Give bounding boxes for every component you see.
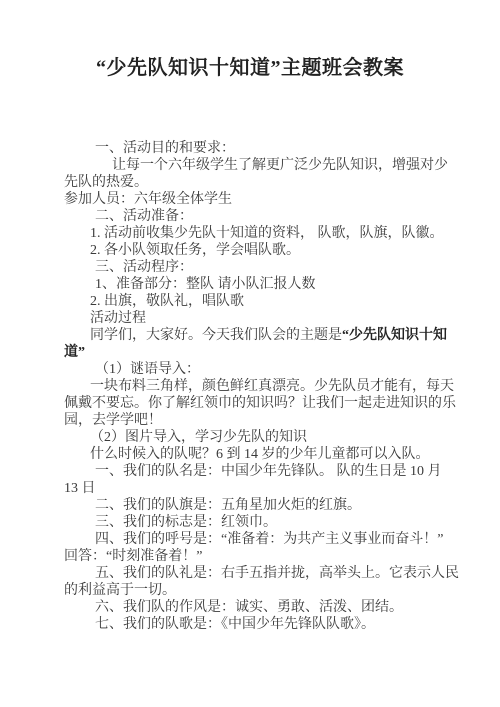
text-run: 二、活动准备： [95,209,193,224]
text-run: 13 日 [64,481,96,496]
document-title: “少先队知识十知道”主题班会教案 [0,0,500,82]
text-line: 1. 活动前收集少先队十知道的资料， 队歌，队旗，队徽。 [64,225,450,242]
text-line: 1、准备部分：整队 请小队汇报人数 [64,276,450,293]
text-run: 七、我们的队歌是：《中国少年先锋队队歌》。 [95,617,375,632]
text-line: 先队的热爱。 [64,174,450,191]
text-line: 什么时候入的队呢？6 到 14 岁的少年儿童都可以入队。 [64,446,450,463]
text-run: （2）图片导入，学习少先队的知识 [90,430,307,445]
text-line: 二、我们的队旗是：五角星加火炬的红旗。 [64,497,450,514]
text-run: 五、我们的队礼是：右手五指并拢，高举头上。它表示人民 [95,566,459,581]
text-run: （1）谜语导入： [95,362,200,377]
text-run: 1. 活动前收集少先队十知道的资料， 队歌，队旗，队徽。 [90,226,444,241]
text-line: 七、我们的队歌是：《中国少年先锋队队歌》。 [64,616,450,633]
text-run: 三、活动程序： [95,260,193,275]
document-page: “少先队知识十知道”主题班会教案 一、活动目的和要求：让每一个六年级学生了解更广… [0,0,500,707]
page: { "page": { "background_color": "#ffffff… [0,0,500,707]
text-run: 同学们，大家好。今天我们队会的主题是 [90,328,342,343]
text-line: 回答：“时刻准备着！” [64,548,450,565]
text-run: 的利益高于一切。 [64,583,176,598]
text-run: 回答：“时刻准备着！” [64,549,202,564]
text-run: 四、我们的呼号是：“准备着：为共产主义事业而奋斗！” [95,532,443,547]
text-run: 先队的热爱。 [64,175,148,190]
text-run: 二、我们的队旗是：五角星加火炬的红旗。 [95,498,361,513]
text-line: 同学们，大家好。今天我们队会的主题是“少先队知识十知 [64,327,450,344]
text-run: 园，去学学吧！ [64,413,162,428]
text-line: 一、我们的队名是：中国少年先锋队。 队的生日是 10 月 [64,463,450,480]
text-line: 让每一个六年级学生了解更广泛少先队知识，增强对少 [64,157,450,174]
text-run: 让每一个六年级学生了解更广泛少先队知识，增强对少 [112,158,448,173]
text-line: 三、我们的标志是：红领巾。 [64,514,450,531]
text-run: 六、我们队的作风是：诚实、勇敢、活泼、团结。 [95,600,403,615]
text-line: （2）图片导入，学习少先队的知识 [64,429,450,446]
text-line: 二、活动准备： [64,208,450,225]
text-run: 2. 出旗，敬队礼，唱队歌 [90,294,244,309]
text-line: 道” [64,344,450,361]
text-run: 1、准备部分：整队 请小队汇报人数 [95,277,316,292]
text-run: 参加人员：六年级全体学生 [64,192,232,207]
text-line: 一、活动目的和要求： [64,140,450,157]
text-line: 四、我们的呼号是：“准备着：为共产主义事业而奋斗！” [64,531,450,548]
text-run: 一、我们的队名是：中国少年先锋队。 队的生日是 10 月 [95,464,442,479]
text-line: 五、我们的队礼是：右手五指并拢，高举头上。它表示人民 [64,565,450,582]
text-line: 一块布料三角样，颜色鲜红真漂亮。少先队员才能有，每天 [64,378,450,395]
text-run: 什么时候入的队呢？6 到 14 岁的少年儿童都可以入队。 [90,447,430,462]
text-line: 2. 出旗，敬队礼，唱队歌 [64,293,450,310]
text-line: 三、活动程序： [64,259,450,276]
text-run: 三、我们的标志是：红领巾。 [95,515,277,530]
text-run: 2. 各小队领取任务，学会唱队歌。 [90,243,300,258]
text-line: 13 日 [64,480,450,497]
text-line: 2. 各小队领取任务，学会唱队歌。 [64,242,450,259]
text-run: 活动过程 [90,311,146,326]
text-line: 佩戴不要忘。你了解红领巾的知识吗？让我们一起走进知识的乐 [64,395,450,412]
bold-text-run: “少先队知识十知 [342,328,447,343]
text-line: 园，去学学吧！ [64,412,450,429]
text-run: 佩戴不要忘。你了解红领巾的知识吗？让我们一起走进知识的乐 [64,396,456,411]
document-body: 一、活动目的和要求：让每一个六年级学生了解更广泛少先队知识，增强对少先队的热爱。… [64,140,450,633]
text-run: 一块布料三角样，颜色鲜红真漂亮。少先队员才能有，每天 [90,379,454,394]
text-line: 活动过程 [64,310,450,327]
text-line: （1）谜语导入： [64,361,450,378]
text-line: 参加人员：六年级全体学生 [64,191,450,208]
text-run: 一、活动目的和要求： [95,141,235,156]
text-line: 六、我们队的作风是：诚实、勇敢、活泼、团结。 [64,599,450,616]
bold-text-run: 道” [64,345,85,360]
text-line: 的利益高于一切。 [64,582,450,599]
